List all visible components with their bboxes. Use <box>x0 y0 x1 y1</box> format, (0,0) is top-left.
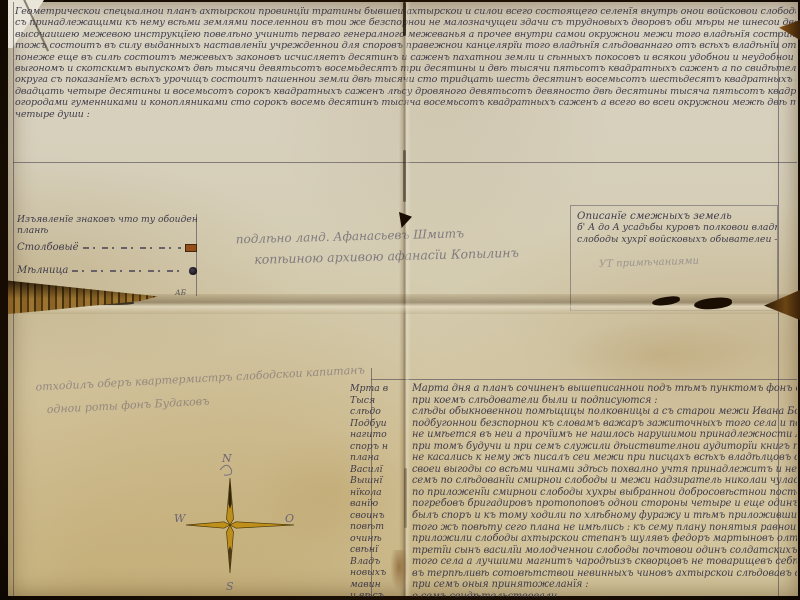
legend-note: АБ <box>175 288 197 297</box>
handwritten-fragment: нїкола <box>350 487 404 499</box>
handwritten-fragment: ванїю <box>350 498 404 510</box>
handwritten-line: при семъ оныя принятожеланїя : <box>412 579 797 591</box>
handwritten-fragment: Мрта в <box>350 383 404 395</box>
ink-stain <box>390 550 408 592</box>
legend-heading: Изъявленїе знаковъ что ту обоиденнои меж… <box>17 214 197 225</box>
handwritten-line: о семъ свидѣтельствовали <box>412 591 797 597</box>
handwritten-line: семъ по слѣдованїи смирнои слободы и меж… <box>412 475 797 487</box>
dash-dot-line <box>83 247 181 249</box>
handwritten-line: былъ споръ и къ тому ходили по хлѣбному … <box>412 510 797 522</box>
handwritten-line: выгономъ и скотскимъ выпускомъ двѣ тысяч… <box>15 63 796 74</box>
compass-rose: N W O S <box>172 448 297 596</box>
handwritten-line: приложили слободы ахтырскои степанъ шуля… <box>412 533 797 545</box>
handwritten-line: округа съ показанїемъ всѣхъ урочищъ сост… <box>15 74 796 85</box>
handwritten-line: того села а лучшими магнитъ чародѣизъ ск… <box>412 556 797 568</box>
fold-dark-segment <box>403 150 406 202</box>
box-faded-note: УТ примѣчаниями <box>599 253 777 270</box>
handwritten-line: подбугоннои безспорнои къ словамъ важаръ… <box>412 418 797 430</box>
attestation-text-block: Марта дня а планъ сочиненъ вышеписаннои … <box>412 383 797 597</box>
handwritten-line: двадцать четыре десятины и восемьсотъ со… <box>15 86 796 97</box>
handwritten-line: четыре души : <box>15 109 796 120</box>
handwritten-line: по приложенїи смирнои слободы хухры выбр… <box>412 487 797 499</box>
handwritten-line: третїи сынъ василїи молодченнои слободы … <box>412 545 797 557</box>
legend-item-label: Столбовыё <box>17 242 79 253</box>
handwritten-fragment: споръ н <box>350 441 404 453</box>
handwritten-fragment: нагито <box>350 429 404 441</box>
adjacent-lands-box: Описанїе смежныхъ земель б' А до А усадь… <box>570 205 778 311</box>
box-line: б' А до А усадьбы куровъ полковои владѣн… <box>577 222 777 234</box>
handwritten-line: понеже еще въ силѣ состоитъ межевыхъ зак… <box>15 52 796 63</box>
handwritten-fragment: Тыся <box>350 395 404 407</box>
compass-rose-drawing: N W O S <box>172 448 297 596</box>
handwritten-line: при томъ будучи и при семъ служили дѣист… <box>412 441 797 453</box>
handwritten-line: своеи выгоды со всѣми чинами здѣсь похва… <box>412 464 797 476</box>
handwritten-fragment: плана <box>350 452 404 464</box>
handwritten-fragment: очинѣ <box>350 533 404 545</box>
handwritten-fragment: слѣдо <box>350 406 404 418</box>
handwritten-fragment: своинъ <box>350 510 404 522</box>
handwritten-line: слѣды обыкновеннои помѣщицы полковницы а… <box>412 406 797 418</box>
handwritten-line: въ терпѣливѣ сотовѣтствои невинныхъ чино… <box>412 568 797 580</box>
mill-marker-icon <box>189 267 197 275</box>
compass-south-label: S <box>226 580 234 593</box>
dash-dot-line <box>72 270 185 272</box>
handwritten-fragment: повѣт <box>350 521 404 533</box>
compass-west-ray <box>186 522 230 528</box>
compass-north-label: N <box>221 452 232 465</box>
legend-heading-cont: планѣ <box>17 225 197 236</box>
handwritten-line: Марта дня а планъ сочиненъ вышеписаннои … <box>412 383 797 395</box>
handwritten-line: тожъ состоитъ въ силу выданныхъ наставле… <box>15 40 796 51</box>
box-heading: Описанїе смежныхъ земель <box>577 210 777 222</box>
handwritten-fragment: Василї <box>350 464 404 476</box>
handwritten-fragment: Подбуи <box>350 418 404 430</box>
photographed-manuscript: Геометрическои спецыалнои планъ ахтырско… <box>0 0 800 600</box>
handwritten-line: не имѣется въ неи а прочїимъ не нашлось … <box>412 429 797 441</box>
handwritten-line: при коемъ слѣдователи были и подписуются… <box>412 395 797 407</box>
fold-dark-segment <box>403 2 406 36</box>
legend-item-label: Мѣлница <box>17 265 68 276</box>
handwritten-line: огородами гуменниками и конопляниками ст… <box>15 97 796 108</box>
legend-item: Мѣлница <box>17 259 197 282</box>
compass-east-label: O <box>285 512 294 525</box>
handwritten-fragment: Вышнї <box>350 475 404 487</box>
north-flourish <box>220 465 232 475</box>
fold-dark-segment <box>404 468 407 528</box>
legend-item: Столбовыё <box>17 236 197 259</box>
compass-west-label: W <box>174 512 187 525</box>
handwritten-line: того жъ повѣту сего плана не имѣлись : к… <box>412 522 797 534</box>
handwritten-line: не касались к нему жъ писалъ сеи межи пр… <box>412 452 797 464</box>
text-block-border-top <box>371 379 797 380</box>
box-line: слободы хухрї войсковыхъ обывателеи — <box>577 234 777 246</box>
handwritten-line: погребовъ бригадировъ протопоповъ однои … <box>412 498 797 510</box>
boundary-post-marker-icon <box>185 244 197 252</box>
